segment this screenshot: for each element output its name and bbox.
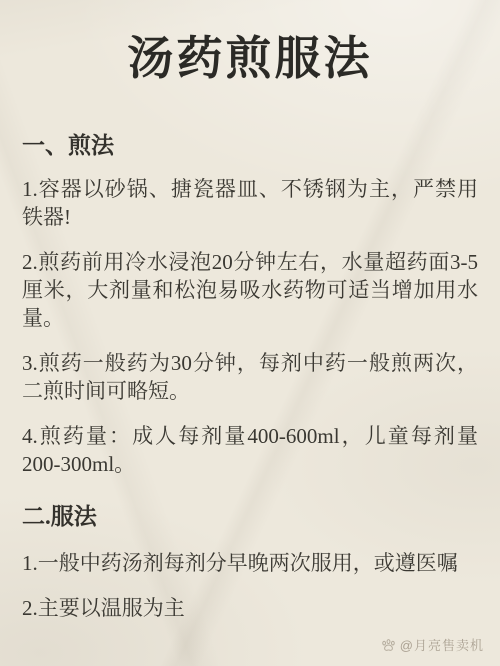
list-item: 2.煎药前用冷水浸泡20分钟左右，水量超药面3-5厘米，大剂量和松泡易吸水药物可… (22, 248, 478, 332)
section-decocting: 一、煎法 1.容器以砂锅、搪瓷器皿、不锈钢为主，严禁用铁器! 2.煎药前用冷水浸… (22, 131, 478, 478)
section-2-heading: 二.服法 (22, 502, 478, 532)
section-1-heading: 一、煎法 (22, 131, 478, 161)
watermark: @月亮售卖机 (381, 635, 484, 654)
watermark-text: @月亮售卖机 (400, 635, 484, 654)
list-item: 1.容器以砂锅、搪瓷器皿、不锈钢为主，严禁用铁器! (22, 175, 478, 231)
list-item: 3.煎药一般药为30分钟，每剂中药一般煎两次，二煎时间可略短。 (22, 349, 478, 405)
page-title: 汤药煎服法 (22, 32, 478, 86)
list-item: 2.主要以温服为主 (22, 594, 478, 622)
list-item: 4.煎药量：成人每剂量400-600ml，儿童每剂量200-300ml。 (22, 422, 478, 478)
section-taking: 二.服法 1.一般中药汤剂每剂分早晚两次服用，或遵医嘱 2.主要以温服为主 (22, 502, 478, 622)
paw-icon (381, 638, 396, 652)
note-page: 汤药煎服法 一、煎法 1.容器以砂锅、搪瓷器皿、不锈钢为主，严禁用铁器! 2.煎… (0, 0, 500, 666)
list-item: 1.一般中药汤剂每剂分早晚两次服用，或遵医嘱 (22, 549, 478, 577)
